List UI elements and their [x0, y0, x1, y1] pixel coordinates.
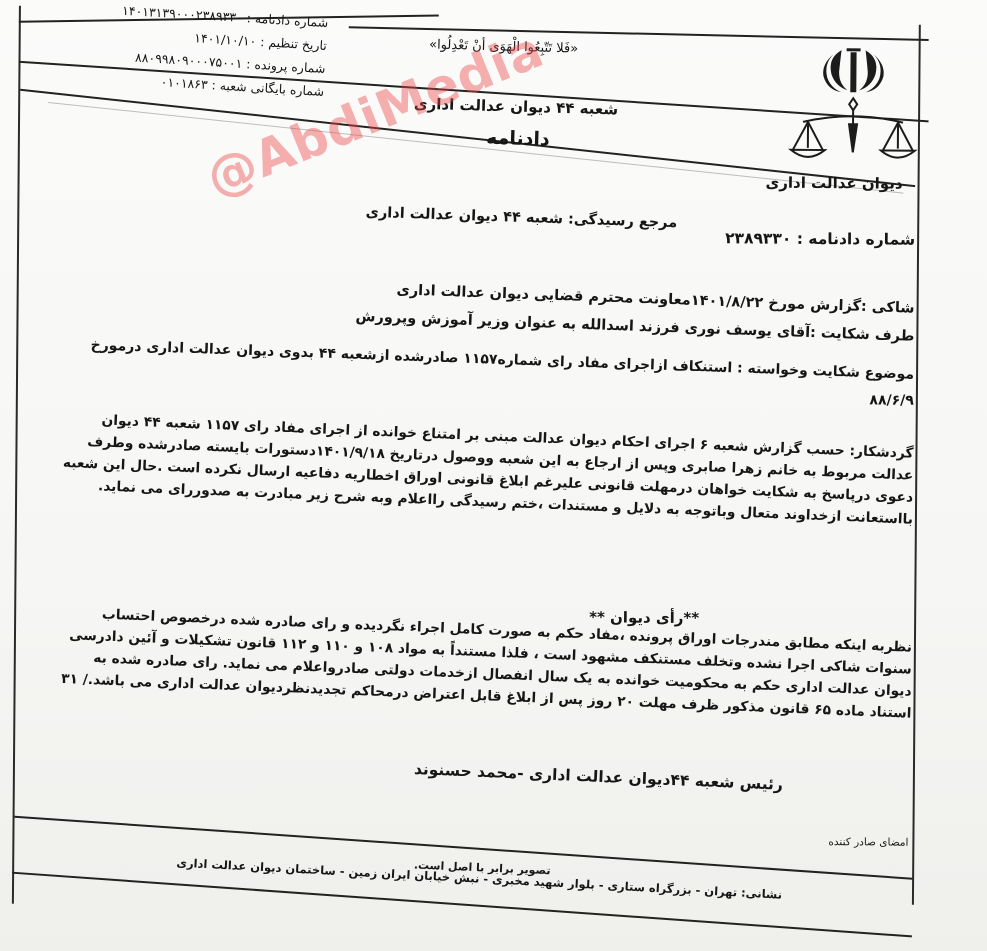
header-quote: «فَلا تَتّبِعُوا الْهَوَی أنْ تَعْدِلُوا… — [388, 36, 618, 58]
signer-name: رئیس شعبه ۴۴دیوان عدالت اداری -محمد حسنو… — [403, 760, 783, 794]
judiciary-emblem-icon — [783, 40, 924, 171]
document-title: دادنامه — [458, 126, 579, 151]
header-metadata: شماره دادنامه : ۱۴۰۱۳۱۳۹۰۰۰۲۳۸۹۳۳۰ تاریخ… — [74, 0, 329, 103]
emblem-caption: دیوان عدالت اداری — [793, 174, 903, 193]
document-sheet: دیوان عدالت اداری «فَلا تَتّبِعُوا الْهَ… — [12, 6, 931, 943]
scanned-document-page: دیوان عدالت اداری «فَلا تَتّبِعُوا الْهَ… — [0, 0, 987, 951]
verdict-number: شماره دادنامه : ۲۳۸۹۳۳۰ — [707, 229, 915, 249]
issuer-signature-label: امضای صادر کننده — [812, 836, 908, 849]
subject-date: ۸۸/۶/۹ — [816, 392, 914, 409]
subject-line: موضوع شکایت وخواسته : استنکاف ازاجرای مف… — [16, 335, 914, 383]
reference-court: مرجع رسیدگی: شعبه ۴۴ دیوان عدالت اداری — [347, 204, 677, 231]
